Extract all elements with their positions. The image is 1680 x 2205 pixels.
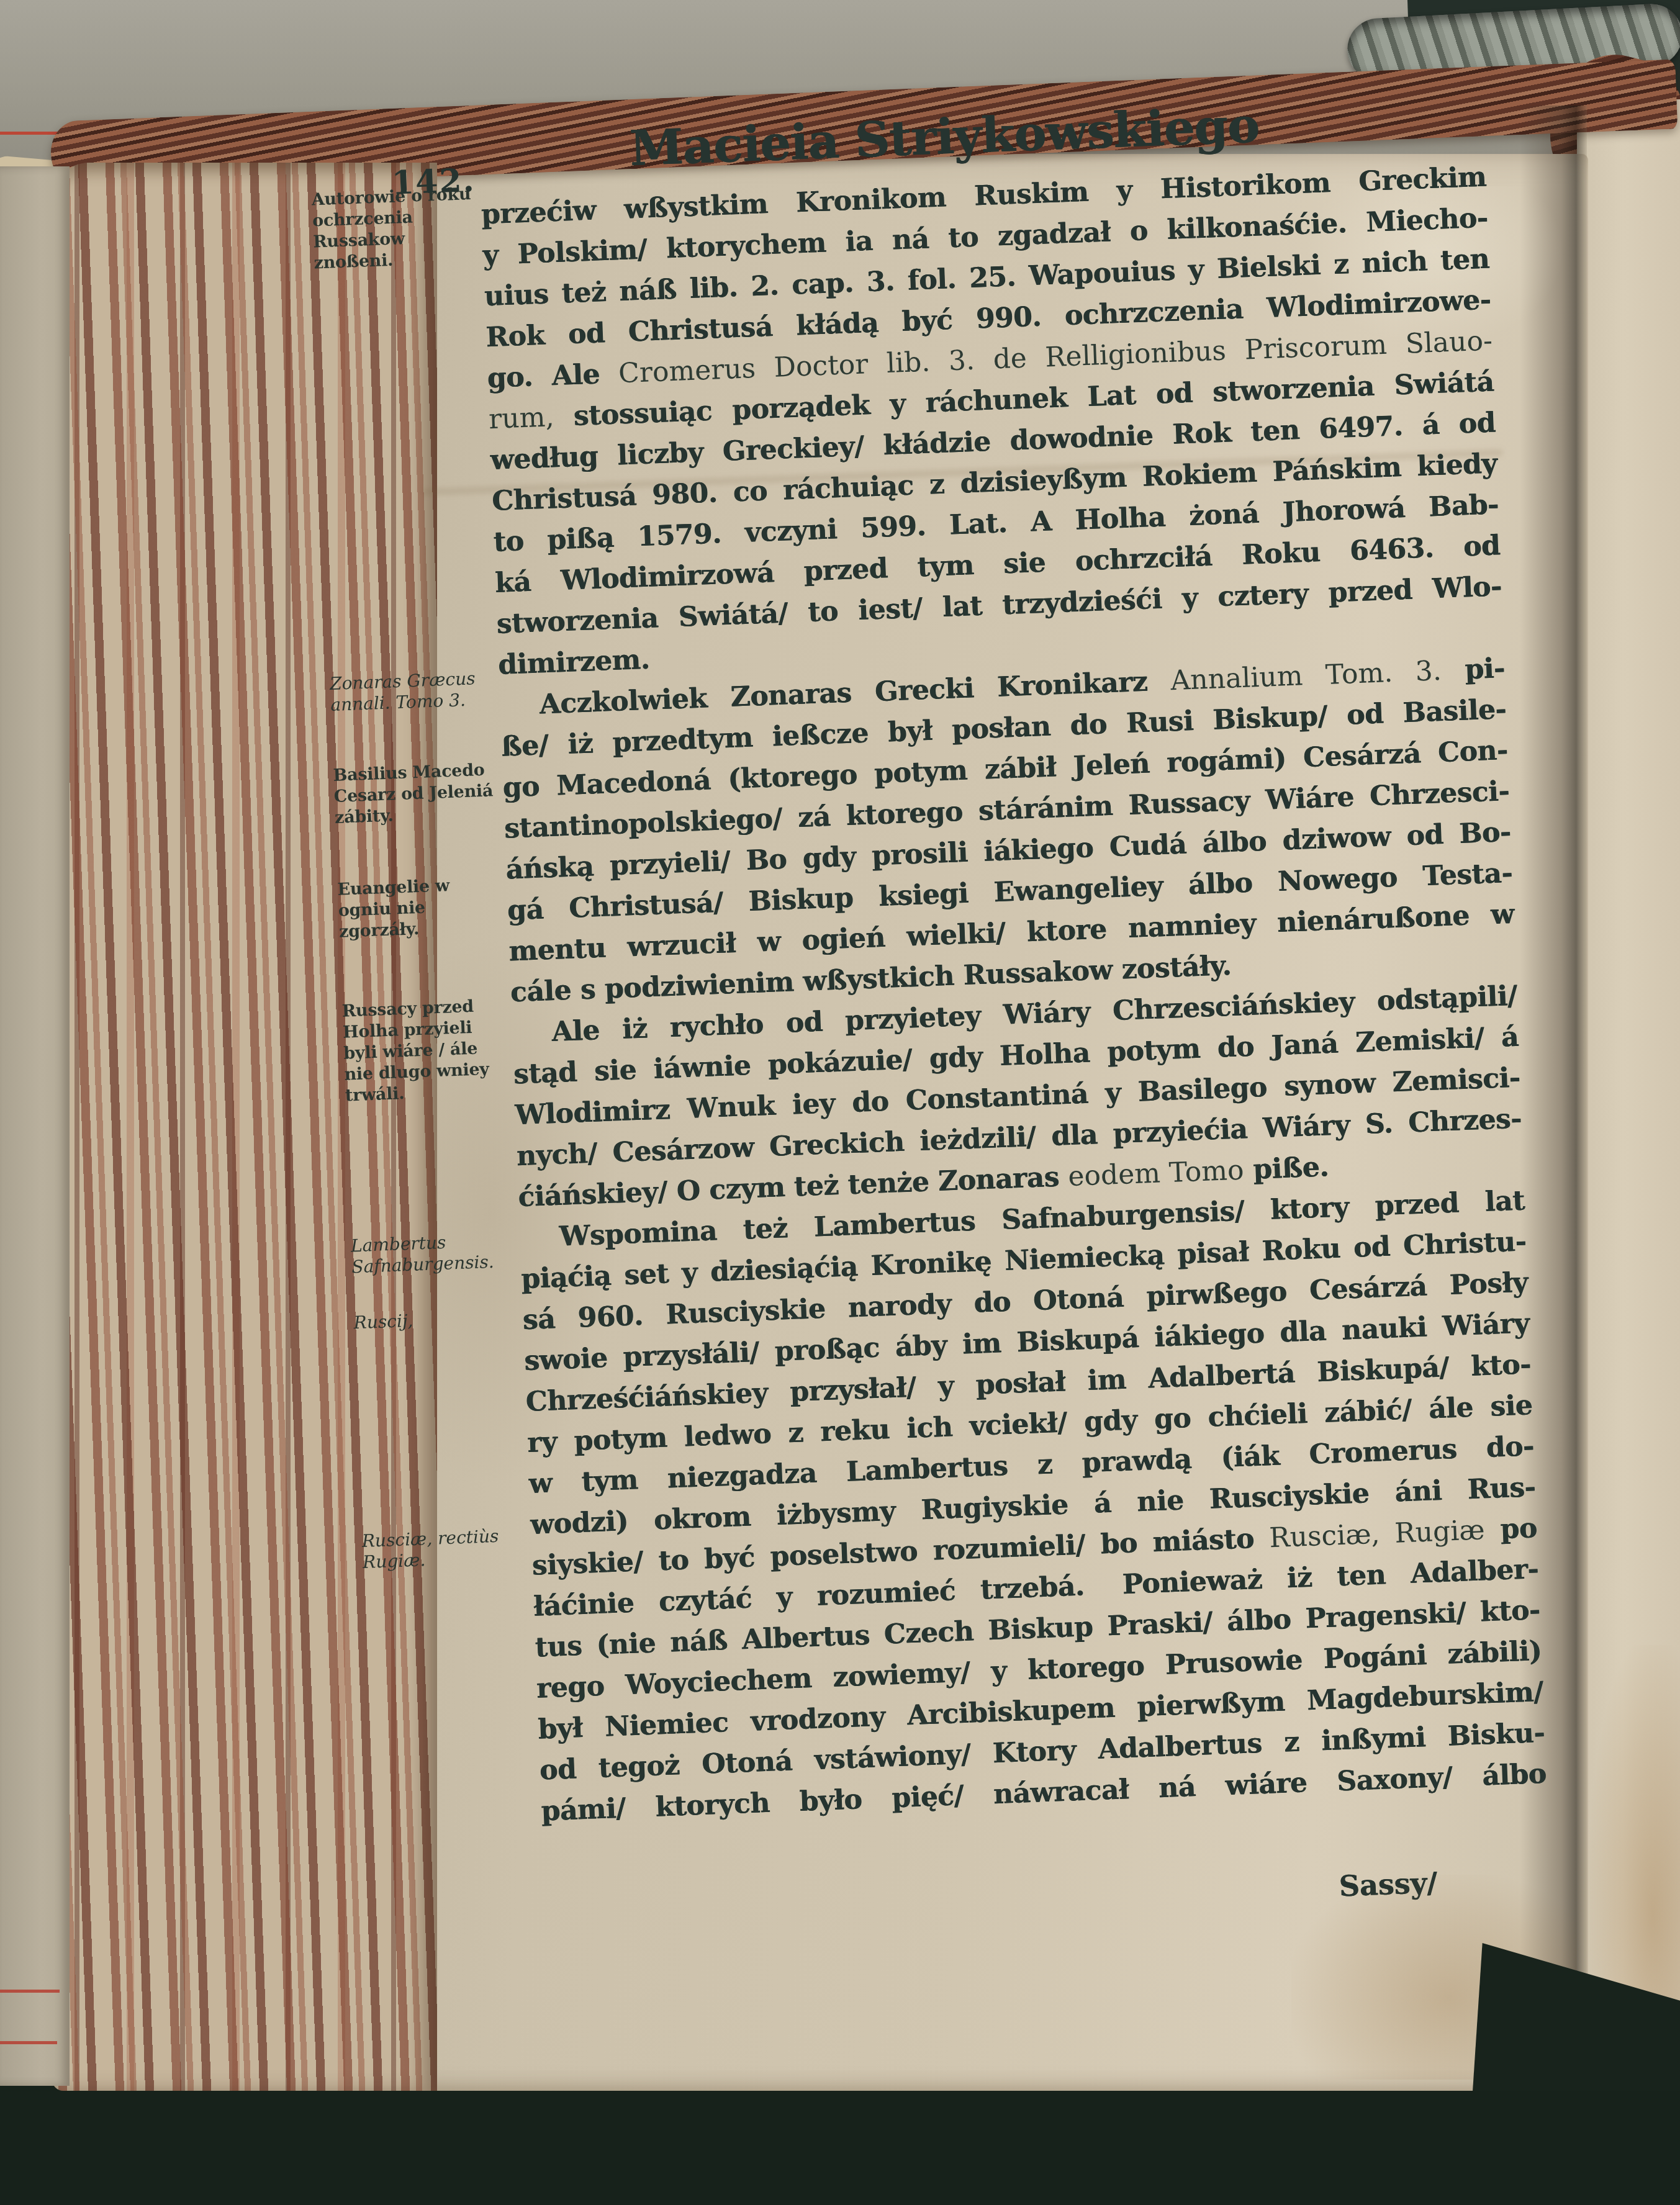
margin-note: Lambertus Safnaburgensis. [350, 1229, 518, 1278]
margin-note: Basilius Macedo Cesarz od Jeleniá zábity… [333, 759, 502, 829]
blackletter-text-segment: piße. [1243, 1151, 1329, 1186]
roman-text-segment: eodem Tomo [1068, 1154, 1245, 1193]
desk-shadow-bottom [0, 2091, 1680, 2205]
body-text: przećiw wßystkim Kronikom Ruskim y Histo… [481, 157, 1547, 1833]
ruling-line [0, 2041, 57, 2044]
margin-note: Russacy przed Holha przyieli byli wiáre … [341, 995, 512, 1107]
margin-note: Zonaras Græcus annali. Tomo 3. [329, 667, 497, 716]
roman-text-segment: Rusciæ, Rugiæ [1269, 1514, 1486, 1554]
blackletter-text-segment: dimirzem. [497, 644, 650, 681]
roman-text-segment: rum, [488, 400, 574, 435]
ruling-line [0, 1990, 60, 1993]
margin-note: Ruscij, [353, 1306, 520, 1333]
margin-note: Euangelie w ogniu nie zgorzáły. [337, 873, 506, 943]
blackletter-text-segment: pi- [1441, 652, 1506, 687]
blackletter-text-segment: go. Ale [487, 358, 619, 394]
roman-text-segment: Annalium Tom. 3. [1170, 655, 1442, 697]
book-scan: 142. Macieia Striykowskiego Autorowie o … [0, 0, 1680, 2205]
margin-note: Rusciæ, rectiùs Rugiæ. [361, 1525, 529, 1573]
vellum-leaf [0, 166, 70, 2086]
blackletter-text-segment: po [1484, 1512, 1538, 1546]
margin-note: Autorowie o roku ochrzcenia Russakow zno… [311, 184, 481, 274]
water-stain [1589, 1645, 1680, 2030]
page-content: 142. Macieia Striykowskiego Autorowie o … [304, 91, 1589, 1966]
